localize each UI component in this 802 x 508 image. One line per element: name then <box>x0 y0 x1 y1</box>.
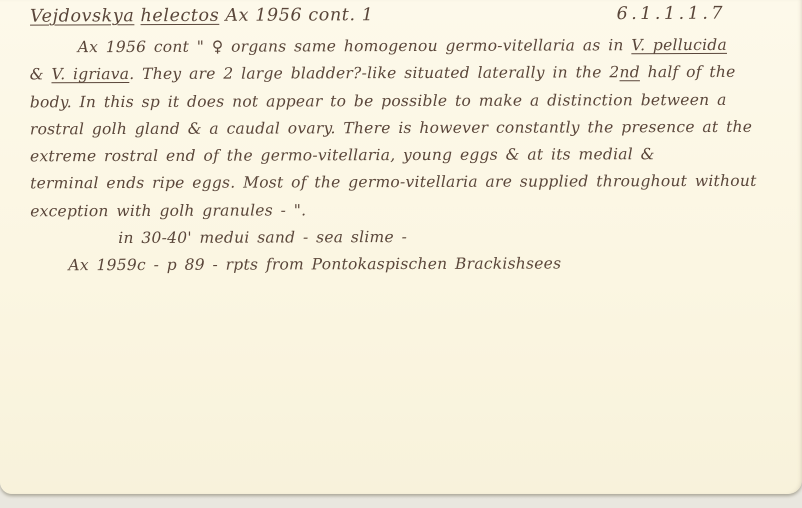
index-card: Vejdovskya helectos Ax 1956 cont. 1 6.1.… <box>0 0 802 494</box>
text-run: & <box>30 66 52 84</box>
text-run: . They are 2 large bladder?-like situate… <box>129 64 619 84</box>
text-run: body. In this sp it does not appear to b… <box>30 90 727 110</box>
handwritten-line: exception with golh granules - ". <box>30 195 792 225</box>
handwritten-body: Ax 1956 cont " ♀ organs same homogenou g… <box>30 32 793 280</box>
handwritten-line: Ax 1959c - p 89 - rpts from Pontokaspisc… <box>68 250 792 280</box>
text-run: rostral golh gland & a caudal ovary. The… <box>30 118 752 139</box>
text-run: Ax 1959c - p 89 - rpts from Pontokaspisc… <box>68 255 561 275</box>
text-run: in 30-40' medui sand - sea slime - <box>118 228 407 247</box>
underlined-text: Vejdovskya <box>30 6 134 26</box>
catalog-number: 6.1.1.1.7 <box>617 3 789 24</box>
handwritten-line: rostral golh gland & a caudal ovary. The… <box>30 114 792 144</box>
handwritten-line: body. In this sp it does not appear to b… <box>30 86 792 116</box>
text-run: exception with golh granules - ". <box>30 201 306 220</box>
handwritten-line: Ax 1956 cont " ♀ organs same homogenou g… <box>78 32 792 62</box>
handwritten-line: & V. igriava. They are 2 large bladder?-… <box>30 59 792 89</box>
underlined-text: V. igriava <box>51 65 129 83</box>
card-header: Vejdovskya helectos Ax 1956 cont. 1 6.1.… <box>30 3 788 26</box>
text-run: Ax 1956 cont " ♀ organs same homogenou g… <box>78 36 632 56</box>
text-run: extreme rostral end of the germo-vitella… <box>30 145 655 165</box>
card-title: Vejdovskya helectos Ax 1956 cont. 1 <box>30 5 374 26</box>
text-run: Ax 1956 cont. 1 <box>219 5 373 26</box>
text-run: terminal ends ripe eggs. Most of the ger… <box>30 172 757 193</box>
handwritten-line: extreme rostral end of the germo-vitella… <box>30 141 792 171</box>
underlined-text: nd <box>619 63 639 81</box>
text-run: half of the <box>640 63 736 81</box>
handwritten-line: terminal ends ripe eggs. Most of the ger… <box>30 168 792 198</box>
handwritten-line: in 30-40' medui sand - sea slime - <box>118 223 792 253</box>
underlined-text: V. pellucida <box>631 36 727 54</box>
underlined-text: helectos <box>140 6 219 26</box>
